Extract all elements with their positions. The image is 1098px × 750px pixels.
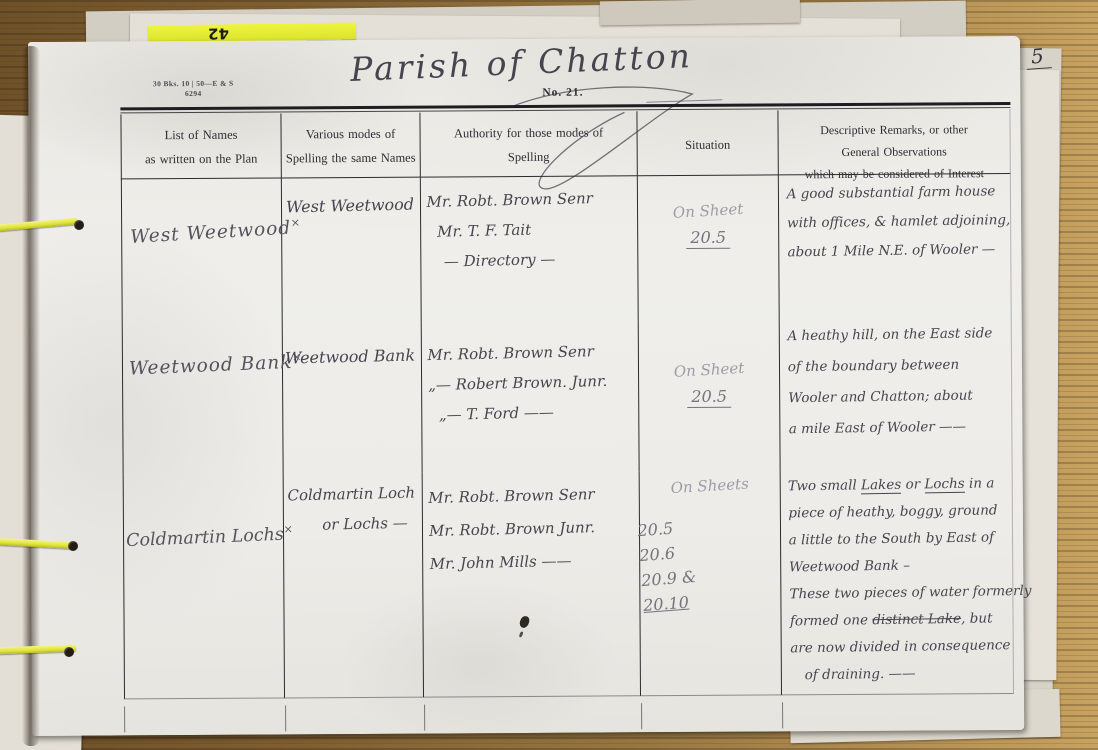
authority-entry: Mr. T. F. Tait bbox=[437, 213, 594, 247]
row-weetwood-bank-spelling-cell: Weetwood Bank bbox=[283, 323, 423, 474]
sheet-number: 20.5 bbox=[686, 228, 730, 249]
binding-hole bbox=[68, 541, 78, 551]
remarks-line: A heathy hill, on the East side bbox=[787, 318, 992, 352]
situation-label: On Sheet bbox=[639, 357, 780, 383]
place-name: Coldmartin Lochs× bbox=[126, 522, 294, 551]
header-situation: Situation bbox=[637, 110, 778, 176]
remarks-line: a little to the South by East of bbox=[789, 524, 1031, 555]
remarks-line: are now divided in consequence bbox=[790, 632, 1032, 663]
table-grid: List of Names as written on the Plan Var… bbox=[120, 109, 1014, 699]
spelling-entry: Coldmartin Loch or Lochs — bbox=[287, 478, 416, 541]
remarks-segment-underlined: Lochs bbox=[924, 476, 965, 494]
remarks-line: with offices, & hamlet adjoining, bbox=[787, 206, 1011, 238]
row-west-weetwood-situation-cell: On Sheet 20.5 bbox=[638, 175, 780, 321]
place-name-text: West Weetwood bbox=[130, 218, 292, 248]
row-weetwood-bank-authority-cell: Mr. Robt. Brown Senr „— Robert Brown. Ju… bbox=[422, 321, 640, 472]
remarks-line: Two small Lakes or Lochs in a bbox=[788, 470, 1030, 501]
situation-entry: On Sheets bbox=[640, 476, 780, 495]
authority-entry: — Directory — bbox=[444, 243, 595, 277]
remarks-segment: Two small bbox=[788, 477, 861, 494]
column-line-extension bbox=[782, 702, 784, 728]
remarks-line: about 1 Mile N.E. of Wooler — bbox=[787, 235, 1011, 267]
imprint-number: 6294 bbox=[128, 88, 258, 99]
situation-label: On Sheet bbox=[638, 198, 779, 224]
remarks-segment-struck: distinct Lake bbox=[872, 611, 961, 628]
header-line: Various modes of bbox=[281, 122, 419, 147]
header-line: Spelling bbox=[421, 144, 637, 169]
authority-list: Mr. Robt. Brown Senr Mr. Robt. Brown Jun… bbox=[428, 478, 597, 581]
book-spine-gutter bbox=[22, 46, 40, 746]
header-remarks: Descriptive Remarks, or other General Ob… bbox=[778, 109, 1010, 175]
row-coldmartin-authority-cell: Mr. Robt. Brown Senr Mr. Robt. Brown Jun… bbox=[423, 471, 641, 697]
authority-entry: „— Robert Brown. Junr. bbox=[428, 366, 608, 400]
authority-entry: Mr. Robt. Brown Junr. bbox=[429, 511, 596, 548]
remarks-segment: , but bbox=[961, 610, 993, 626]
header-line: Authority for those modes of bbox=[420, 120, 636, 145]
header-line: General Observations bbox=[779, 140, 1010, 163]
authority-entry: Mr. Robt. Brown Senr bbox=[427, 336, 607, 370]
spelling-entry: Weetwood Bank bbox=[285, 346, 416, 368]
row-weetwood-bank-name-cell: Weetwood Bank× bbox=[122, 323, 284, 474]
row-coldmartin-name-cell: Coldmartin Lochs× bbox=[123, 473, 285, 699]
remarks-line: A good substantial farm house bbox=[786, 177, 1010, 209]
header-line: Situation bbox=[638, 132, 778, 157]
name-book-table: List of Names as written on the Plan Var… bbox=[120, 102, 1014, 699]
remarks-text: A heathy hill, on the East side of the b… bbox=[787, 318, 994, 445]
remarks-segment: or bbox=[901, 476, 924, 492]
printers-imprint: 30 Bks. 10 | 50—E & S 6294 bbox=[128, 79, 258, 99]
row-weetwood-bank-situation-cell: On Sheet 20.5 bbox=[639, 320, 781, 471]
row-west-weetwood-name-cell: West Weetwood× bbox=[121, 178, 283, 324]
row-west-weetwood-authority-cell: Mr. Robt. Brown Senr Mr. T. F. Tait — Di… bbox=[421, 176, 639, 322]
row-coldmartin-spelling-cell: Coldmartin Loch or Lochs — bbox=[284, 473, 424, 699]
remarks-line: piece of heathy, boggy, ground bbox=[788, 497, 1030, 528]
authority-entry: Mr. Robt. Brown Senr bbox=[426, 183, 593, 217]
folio-number: 5 bbox=[1025, 43, 1051, 70]
remarks-line: formed one distinct Lake, but bbox=[790, 605, 1032, 636]
binding-hole bbox=[64, 647, 74, 657]
remarks-text: Two small Lakes or Lochs in a piece of h… bbox=[788, 470, 1033, 690]
spelling-entry: West Weetwood bbox=[286, 195, 414, 217]
header-various-modes: Various modes of Spelling the same Names bbox=[281, 113, 420, 179]
sheet-number: 20.5 bbox=[687, 387, 731, 408]
remarks-line: a mile East of Wooler —— bbox=[789, 411, 994, 445]
situation-entry: On Sheet 20.5 bbox=[639, 360, 779, 408]
row-west-weetwood-remarks-cell: A good substantial farm house with offic… bbox=[779, 174, 1012, 320]
scanned-page: 30 Bks. 10 | 50—E & S 6294 Parish of Cha… bbox=[28, 36, 1024, 736]
column-line-extension bbox=[285, 705, 287, 731]
header-line: as written on the Plan bbox=[122, 146, 281, 171]
situation-label: On Sheets bbox=[639, 473, 780, 499]
stacked-pages-top-3 bbox=[600, 0, 800, 25]
remarks-line: Wooler and Chatton; about bbox=[788, 380, 993, 414]
row-weetwood-bank-remarks-cell: A heathy hill, on the East side of the b… bbox=[780, 319, 1013, 470]
place-name: Weetwood Bank× bbox=[129, 350, 303, 379]
row-coldmartin-situation-cell: On Sheets 20.5 20.6 20.9 & 20.10 bbox=[640, 470, 782, 696]
place-name-text: Weetwood Bank bbox=[129, 352, 293, 380]
remarks-segment: formed one bbox=[790, 612, 873, 629]
header-line: Spelling the same Names bbox=[282, 146, 420, 171]
place-name-text: Coldmartin Lochs bbox=[126, 525, 284, 551]
remarks-segment: in a bbox=[965, 475, 995, 491]
header-line: Descriptive Remarks, or other bbox=[778, 118, 1009, 141]
authority-entry: Mr. Robt. Brown Senr bbox=[428, 478, 595, 515]
remarks-line: of draining. —— bbox=[805, 659, 1033, 689]
column-line-extension bbox=[424, 705, 426, 731]
spelling-line: Coldmartin Loch bbox=[287, 478, 415, 511]
authority-list: Mr. Robt. Brown Senr Mr. T. F. Tait — Di… bbox=[426, 183, 594, 277]
header-list-of-names: List of Names as written on the Plan bbox=[120, 113, 281, 179]
authority-list: Mr. Robt. Brown Senr „— Robert Brown. Ju… bbox=[427, 336, 608, 430]
row-west-weetwood-spelling-cell: West Weetwood bbox=[282, 178, 422, 324]
column-line-extension bbox=[124, 706, 126, 732]
authority-entry: Mr. John Mills —— bbox=[429, 544, 596, 581]
place-name: West Weetwood× bbox=[130, 216, 302, 248]
header-authority: Authority for those modes of Spelling bbox=[420, 111, 637, 177]
remarks-line: Weetwood Bank – bbox=[789, 551, 1031, 582]
row-coldmartin-remarks-cell: Two small Lakes or Lochs in a piece of h… bbox=[781, 469, 1014, 695]
remarks-segment-underlined: Lakes bbox=[861, 477, 901, 495]
spelling-line: or Lochs — bbox=[314, 508, 416, 540]
sheet-number-list: 20.5 20.6 20.9 & 20.10 bbox=[637, 508, 784, 618]
situation-entry: On Sheet 20.5 bbox=[638, 201, 778, 249]
column-line-extension bbox=[641, 703, 643, 729]
binding-hole bbox=[74, 220, 84, 230]
remarks-text: A good substantial farm house with offic… bbox=[786, 177, 1010, 267]
form-number: No. 21. bbox=[542, 87, 583, 99]
authority-entry: „— T. Ford —— bbox=[438, 396, 608, 430]
header-line: List of Names bbox=[121, 122, 280, 147]
remarks-line: of the boundary between bbox=[788, 349, 993, 383]
remarks-line: These two pieces of water formerly bbox=[789, 578, 1031, 609]
